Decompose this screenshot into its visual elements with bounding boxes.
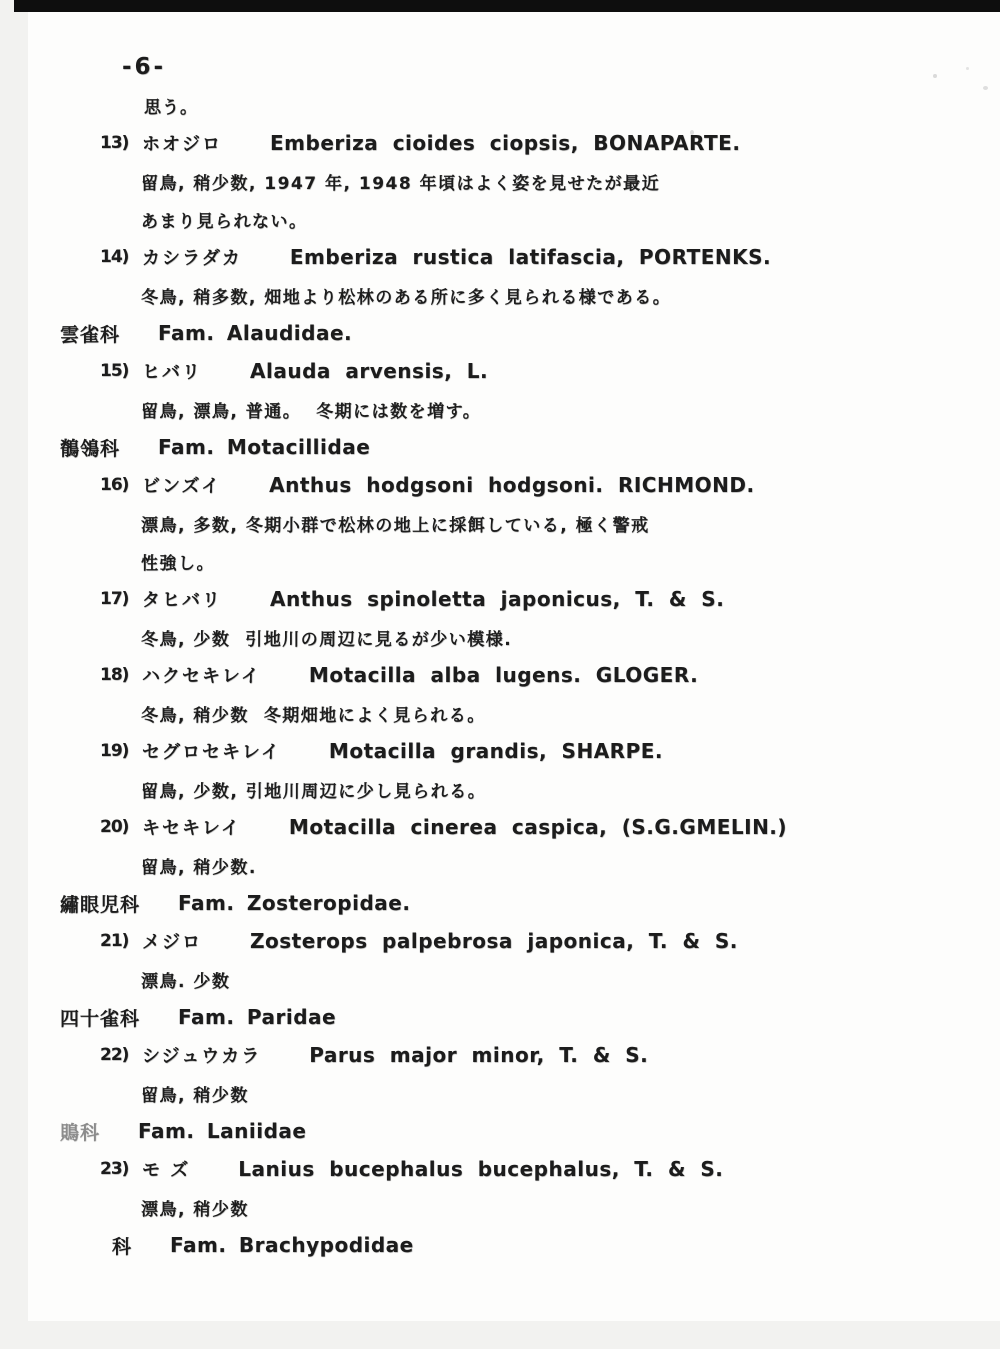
species-entry: 23)モ ズLanius bucephalus bucephalus, T. &… xyxy=(28,1150,1000,1188)
continuation-line: 思う。 xyxy=(28,86,1000,124)
species-entry: 21)メジロZosterops palpebrosa japonica, T. … xyxy=(28,922,1000,960)
description-line: 性強し。 xyxy=(28,542,1000,580)
species-name-jp: カシラダカ xyxy=(142,244,242,270)
family-name-latin: Fam. Brachypodidae xyxy=(170,1233,414,1257)
species-name-jp: ホオジロ xyxy=(142,130,222,156)
species-number: 17) xyxy=(100,589,142,609)
species-name-jp: セグロセキレイ xyxy=(142,738,281,764)
family-entry: 繡眼児科Fam. Zosteropidae. xyxy=(28,884,1000,922)
description-line: 漂鳥, 多数, 冬期小群で松林の地上に採餌している, 極く警戒 xyxy=(28,504,1000,542)
species-name-latin: Alauda arvensis, L. xyxy=(250,359,488,383)
species-entry: 16)ビンズイAnthus hodgsoni hodgsoni. RICHMON… xyxy=(28,466,1000,504)
species-entry: 17)タヒバリAnthus spinoletta japonicus, T. &… xyxy=(28,580,1000,618)
species-number: 23) xyxy=(100,1159,142,1179)
species-name-jp: キセキレイ xyxy=(142,814,241,840)
species-name-jp: メジロ xyxy=(142,928,202,954)
description-line: 留鳥, 稍少数. xyxy=(28,846,1000,884)
species-number: 21) xyxy=(100,931,142,951)
family-name-latin: Fam. Laniidae xyxy=(138,1119,306,1143)
species-number: 15) xyxy=(100,361,142,381)
family-entry: 鶺鴒科Fam. Motacillidae xyxy=(28,428,1000,466)
species-name-latin: Zosterops palpebrosa japonica, T. & S. xyxy=(250,929,738,953)
species-name-jp: ビンズイ xyxy=(142,472,221,498)
species-entry: 18)ハクセキレイMotacilla alba lugens. GLOGER. xyxy=(28,656,1000,694)
description-line: 留鳥, 稍少数, 1947 年, 1948 年頃はよく姿を見せたが最近 xyxy=(28,162,1000,200)
species-name-jp: シジュウカラ xyxy=(142,1042,261,1068)
species-number: 20) xyxy=(100,817,142,837)
family-name-latin: Fam. Motacillidae xyxy=(158,435,370,459)
document-page: -6- 思う。13)ホオジロEmberiza cioides ciopsis, … xyxy=(28,12,1000,1321)
species-name-jp: モ ズ xyxy=(142,1156,190,1182)
family-entry: 雲雀科Fam. Alaudidae. xyxy=(28,314,1000,352)
family-name-kanji: 科 xyxy=(112,1232,132,1259)
species-entry: 22)シジュウカラParus major minor, T. & S. xyxy=(28,1036,1000,1074)
species-number: 13) xyxy=(100,133,142,153)
species-name-latin: Emberiza rustica latifascia, PORTENKS. xyxy=(290,245,771,269)
species-name-jp: ヒバリ xyxy=(142,358,202,384)
species-name-latin: Motacilla alba lugens. GLOGER. xyxy=(309,663,698,687)
description-line: 留鳥, 少数, 引地川周辺に少し見られる。 xyxy=(28,770,1000,808)
species-name-latin: Motacilla grandis, SHARPE. xyxy=(329,739,663,763)
family-name-latin: Fam. Paridae xyxy=(178,1005,336,1029)
species-name-jp: タヒバリ xyxy=(142,586,222,612)
family-entry: 鵙科Fam. Laniidae xyxy=(28,1112,1000,1150)
species-number: 22) xyxy=(100,1045,142,1065)
species-name-latin: Anthus spinoletta japonicus, T. & S. xyxy=(270,587,724,611)
species-name-latin: Motacilla cinerea caspica, (S.G.GMELIN.) xyxy=(289,815,787,839)
species-name-latin: Lanius bucephalus bucephalus, T. & S. xyxy=(238,1157,723,1181)
scan-top-edge-bar xyxy=(14,0,1000,12)
family-name-kanji: 繡眼児科 xyxy=(60,890,140,917)
family-name-latin: Fam. Alaudidae. xyxy=(158,321,352,345)
species-name-latin: Anthus hodgsoni hodgsoni. RICHMOND. xyxy=(269,473,754,497)
page-number: -6- xyxy=(28,48,1000,86)
description-line: 冬鳥, 少数 引地川の周辺に見るが少い模様. xyxy=(28,618,1000,656)
species-name-jp: ハクセキレイ xyxy=(142,662,261,688)
species-name-latin: Emberiza cioides ciopsis, BONAPARTE. xyxy=(270,131,740,155)
description-line: 冬鳥, 稍多数, 畑地より松林のある所に多く見られる様である。 xyxy=(28,276,1000,314)
species-entry: 20)キセキレイMotacilla cinerea caspica, (S.G.… xyxy=(28,808,1000,846)
document-content: -6- 思う。13)ホオジロEmberiza cioides ciopsis, … xyxy=(28,48,1000,1264)
description-line: あまり見られない。 xyxy=(28,200,1000,238)
description-line: 漂鳥, 稍少数 xyxy=(28,1188,1000,1226)
description-line: 冬鳥, 稍少数 冬期畑地によく見られる。 xyxy=(28,694,1000,732)
species-number: 19) xyxy=(100,741,142,761)
species-name-latin: Parus major minor, T. & S. xyxy=(309,1043,648,1067)
family-name-kanji: 四十雀科 xyxy=(60,1004,140,1031)
species-number: 14) xyxy=(100,247,142,267)
family-entry: 四十雀科Fam. Paridae xyxy=(28,998,1000,1036)
family-name-latin: Fam. Zosteropidae. xyxy=(178,891,410,915)
family-entry: 科Fam. Brachypodidae xyxy=(28,1226,1000,1264)
description-line: 留鳥, 稍少数 xyxy=(28,1074,1000,1112)
description-line: 留鳥, 漂鳥, 普通。 冬期には数を増す。 xyxy=(28,390,1000,428)
description-line: 漂鳥. 少数 xyxy=(28,960,1000,998)
species-entry: 13)ホオジロEmberiza cioides ciopsis, BONAPAR… xyxy=(28,124,1000,162)
species-number: 16) xyxy=(100,475,142,495)
species-entry: 15)ヒバリAlauda arvensis, L. xyxy=(28,352,1000,390)
family-name-kanji: 鵙科 xyxy=(60,1118,100,1145)
species-entry: 19)セグロセキレイMotacilla grandis, SHARPE. xyxy=(28,732,1000,770)
species-number: 18) xyxy=(100,665,142,685)
species-entry: 14)カシラダカEmberiza rustica latifascia, POR… xyxy=(28,238,1000,276)
family-name-kanji: 雲雀科 xyxy=(60,320,120,347)
family-name-kanji: 鶺鴒科 xyxy=(60,434,120,461)
